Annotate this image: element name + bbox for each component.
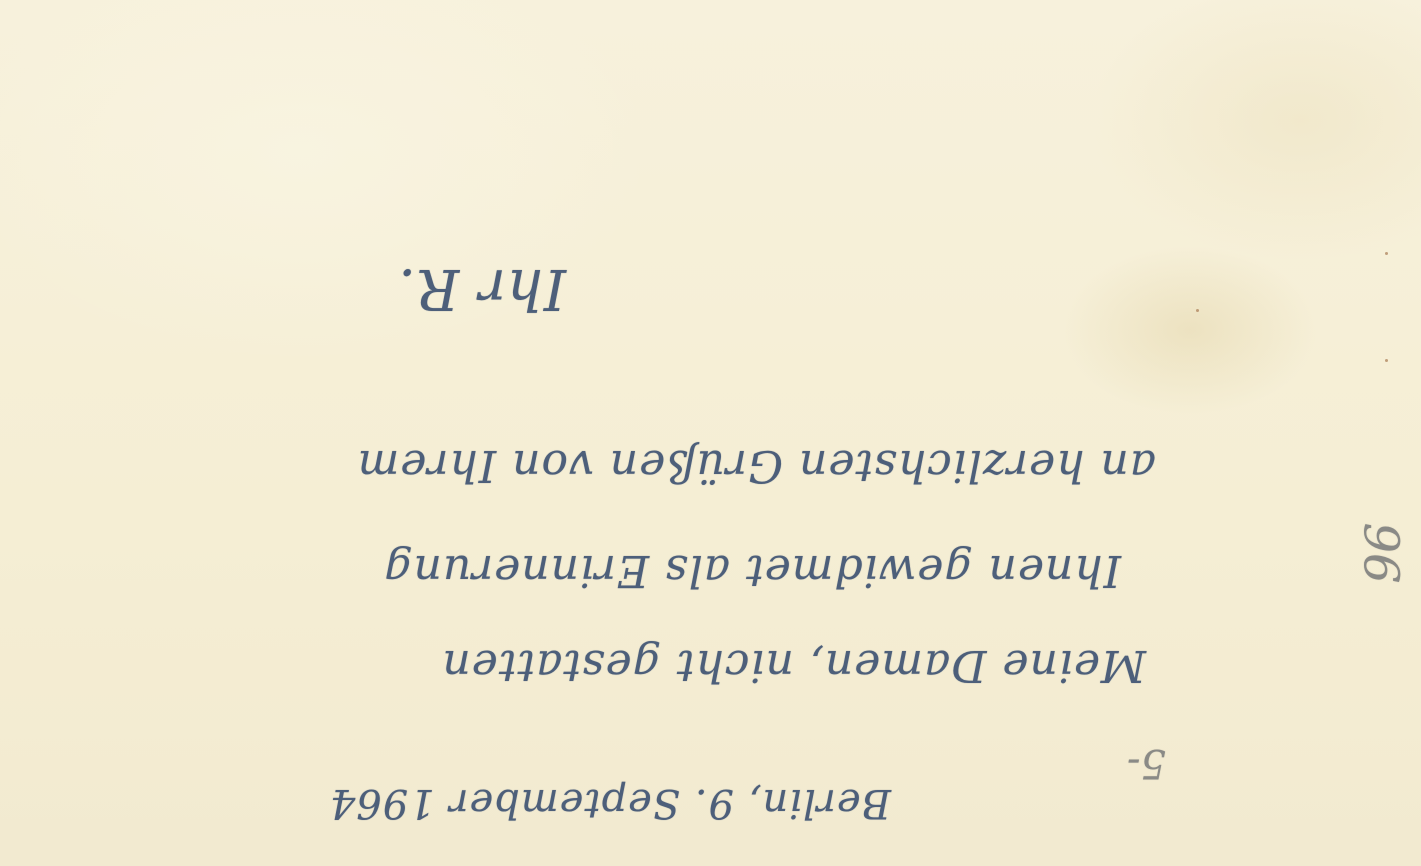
pencil-side-number: 96 (1352, 522, 1408, 583)
body-line-3: an herzlichsten Grüßen von Ihrem (357, 440, 1156, 491)
date-line: Berlin, 9. September 1964 (329, 780, 891, 826)
body-line-2: Ihnen gewidmet als Erinnerung (383, 545, 1121, 596)
upside-down-content: Berlin, 9. September 1964 5- Meine Damen… (0, 0, 1421, 866)
signature: Ihr R. (397, 256, 566, 321)
pencil-page-number: 5- (1127, 740, 1166, 786)
body-line-1: Meine Damen, nicht gestatten (441, 640, 1146, 691)
